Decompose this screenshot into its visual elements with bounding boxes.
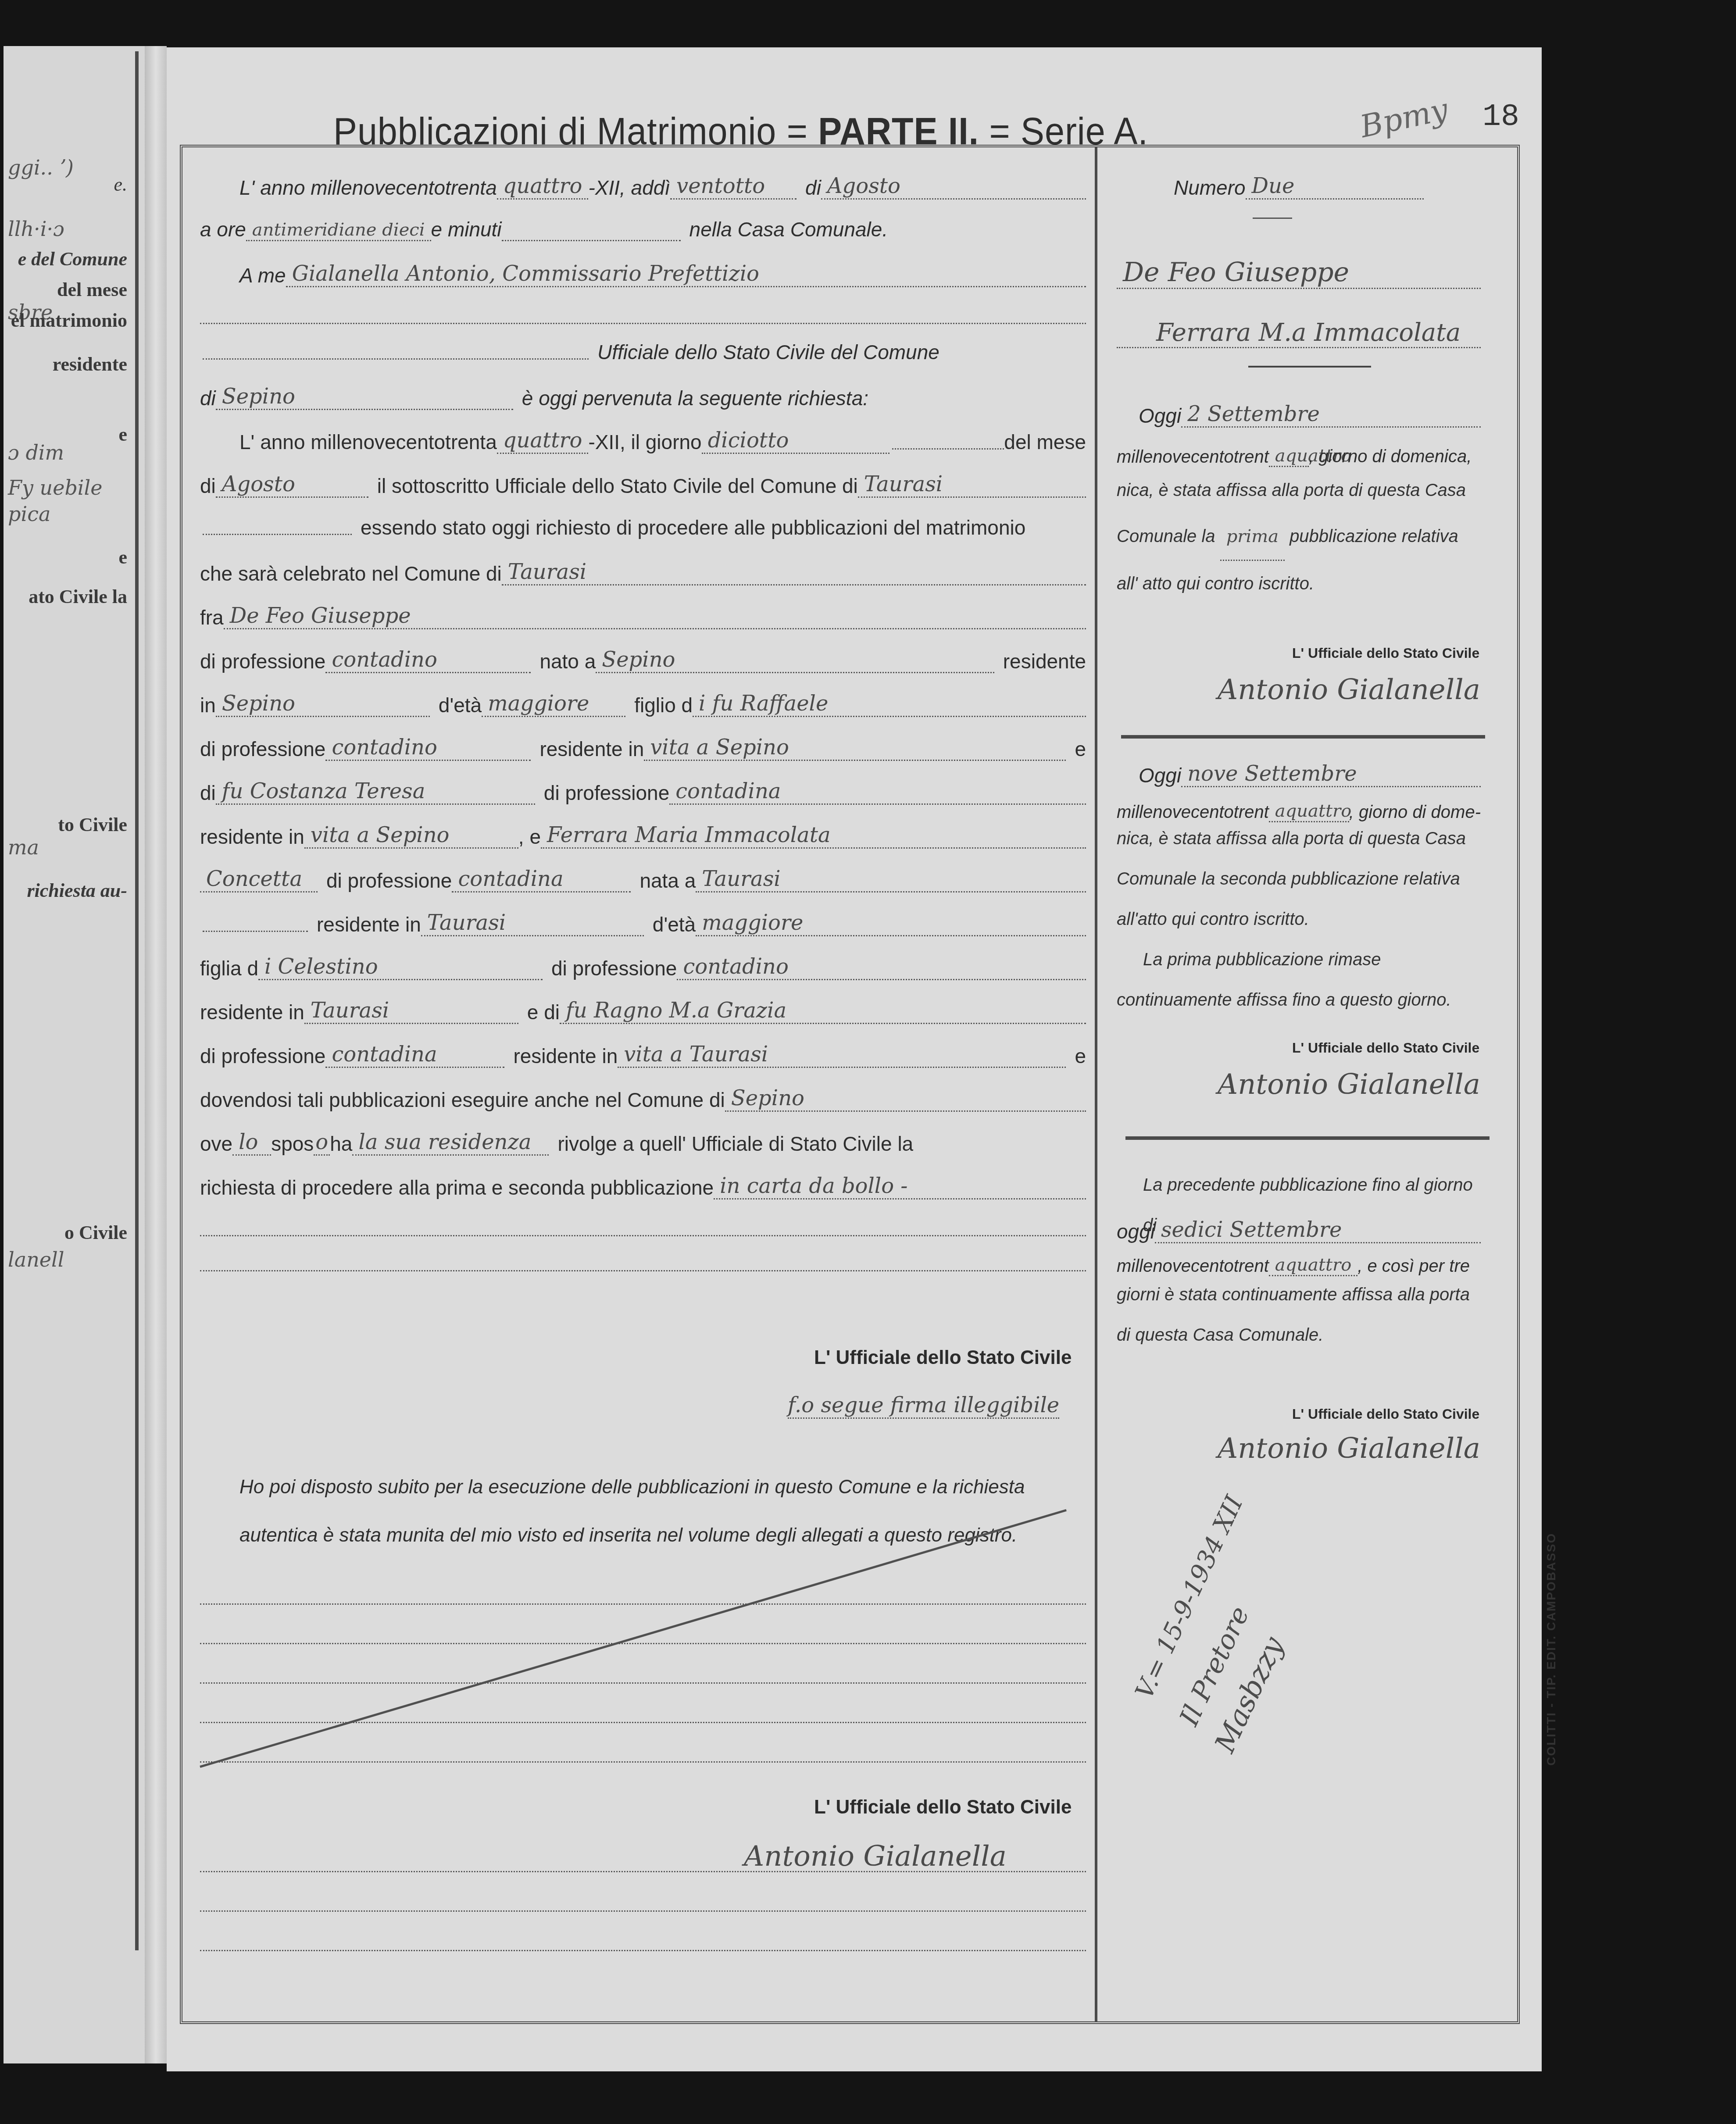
previous-page-border <box>135 51 139 1950</box>
prev-handwriting: ɔ dim <box>8 441 64 464</box>
label: A me <box>239 264 286 287</box>
blank-line <box>200 1722 1086 1723</box>
pub3-date-field: sedici Settembre <box>1155 1217 1481 1243</box>
publication-record-section: Numero Due De Feo Giuseppe Ferrara M.a I… <box>1108 147 1494 2021</box>
margin-signature: Bpmy <box>1357 91 1451 145</box>
label: nato a <box>539 650 596 673</box>
numero-line: Numero Due <box>1174 174 1424 200</box>
pub1-date-field: 2 Settembre <box>1181 402 1481 428</box>
label: rivolge a quell' Ufficiale di Stato Civi… <box>557 1132 913 1156</box>
residence-field: Taurasi <box>421 910 644 936</box>
line-6: L' anno millenovecentotrenta quattro -XI… <box>200 428 1086 454</box>
line-12: in Sepino d'età maggiore figlio d i fu R… <box>200 691 1086 717</box>
day-field: ventotto <box>670 174 797 200</box>
signature-label: L' Ufficiale dello Stato Civile <box>814 1796 1072 1818</box>
line-5: di Sepino è oggi pervenuta la seguente r… <box>200 384 1086 410</box>
signature-label: L' Ufficiale dello Stato Civile <box>1292 645 1479 661</box>
blank-line <box>200 1910 1086 1912</box>
prev-handwriting: ggi.. ʼ) <box>8 156 74 179</box>
prev-fragment: el matrimonio <box>11 309 127 332</box>
prev-fragment: residente <box>53 353 127 375</box>
line-19: residente in Taurasi e di fu Ragno M.a G… <box>200 998 1086 1024</box>
label: nata a <box>639 869 696 892</box>
prev-fragment: e <box>118 423 127 446</box>
father-field: i fu Raffaele <box>693 691 1086 717</box>
minutes-field <box>502 240 681 241</box>
signature: Antonio Gialanella <box>1218 674 1480 706</box>
bride-line: Ferrara M.a Immacolata <box>1117 318 1481 348</box>
label: Oggi <box>1139 764 1181 787</box>
signature: f.o segue firma illeggibile <box>788 1393 1059 1419</box>
label: che sarà celebrato nel Comune di <box>200 562 502 585</box>
comune-field: Taurasi <box>502 560 1086 585</box>
blank-line <box>200 1270 1086 1271</box>
month-field: Agosto <box>216 472 368 498</box>
official-name-field: Gialanella Antonio, Commissario Prefetti… <box>286 261 1086 287</box>
label: e di <box>527 1000 560 1024</box>
pub3-body: giorni è stata continuamente affissa all… <box>1117 1274 1481 1355</box>
pub1-year-field: aquattro <box>1269 446 1309 467</box>
label: di <box>200 781 216 805</box>
pub1-date-line: Oggi 2 Settembre <box>1139 402 1481 428</box>
label: e <box>1075 1044 1086 1068</box>
label: , e <box>518 825 541 849</box>
label: millenovecentotrent <box>1117 447 1269 467</box>
line-16: Concetta di professione contadina nata a… <box>200 867 1086 892</box>
line-15: residente in vita a Sepino , e Ferrara M… <box>200 823 1086 849</box>
label: dovendosi tali pubblicazioni eseguire an… <box>200 1088 725 1112</box>
label: ha <box>330 1132 352 1156</box>
pub2-date-field: nove Settembre <box>1181 761 1481 787</box>
label: nella Casa Comunale. <box>689 218 888 241</box>
bride-name-field: Ferrara Maria Immacolata <box>541 823 1086 849</box>
line-20: di professione contadina residente in vi… <box>200 1042 1086 1068</box>
residence-field: Taurasi <box>304 998 518 1024</box>
line-21: dovendosi tali pubblicazioni eseguire an… <box>200 1086 1086 1112</box>
label: di professione <box>200 1044 325 1068</box>
line-10: fra De Feo Giuseppe <box>200 603 1086 629</box>
line-7: di Agosto il sottoscritto Ufficiale dell… <box>200 472 1086 498</box>
birthplace-field: Taurasi <box>696 867 1086 892</box>
paper-type-field: in carta da bollo - <box>714 1174 1086 1199</box>
section-rule <box>1121 735 1485 739</box>
register-page: Pubblicazioni di Matrimonio = PARTE II. … <box>167 47 1542 2071</box>
pub2-body: nica, è stata affissa alla porta di ques… <box>1117 818 1481 1020</box>
prev-handwriting: pica <box>8 502 50 526</box>
label: L' anno millenovecentotrenta <box>239 176 497 200</box>
line-13: di professione contadino residente in vi… <box>200 735 1086 761</box>
age-field: maggiore <box>482 691 625 717</box>
line-8: essendo stato oggi richiesto di proceder… <box>200 516 1086 539</box>
year-field: quattro <box>497 428 589 454</box>
label: del mese <box>1004 430 1086 454</box>
label: di professione <box>200 737 325 761</box>
previous-page-strip: ggi.. ʼ) e. llh·i·ɔ e del Comune del mes… <box>4 46 145 2063</box>
label: essendo stato oggi richiesto di proceder… <box>361 516 1025 539</box>
prev-fragment: del mese <box>57 278 127 301</box>
pub1-body: nica, è stata affissa alla porta di ques… <box>1117 468 1481 607</box>
label: di <box>200 386 216 410</box>
label: Comunale la <box>1117 527 1215 546</box>
line-17: residente in Taurasi d'età maggiore <box>200 910 1086 936</box>
blank-line <box>200 1235 1086 1236</box>
blank-line <box>200 1761 1086 1763</box>
signature: Antonio Gialanella <box>744 1840 1007 1873</box>
label: è oggi pervenuta la seguente richiesta: <box>522 386 868 410</box>
label: oggi <box>1117 1220 1155 1243</box>
label: residente in <box>513 1044 618 1068</box>
signature-label: L' Ufficiale dello Stato Civile <box>1292 1406 1479 1422</box>
profession-field: contadino <box>677 954 1086 980</box>
month-field: Agosto <box>821 174 1086 200</box>
label: di professione <box>544 781 669 805</box>
label: , il giorno <box>620 430 702 454</box>
profession-field: contadino <box>325 735 531 761</box>
pub3-year-line: millenovecentotrent aquattro , e così pe… <box>1117 1255 1481 1276</box>
residence-field: vita a Sepino <box>644 735 1066 761</box>
label: richiesta di procedere alla prima e seco… <box>200 1176 714 1199</box>
line-4: Ufficiale dello Stato Civile del Comune <box>200 340 1086 364</box>
label: d'età <box>653 913 696 936</box>
short-rule <box>1248 366 1371 368</box>
label: spos <box>271 1132 314 1156</box>
blank-line <box>200 1643 1086 1644</box>
authentication-paragraph: Ho poi disposto subito per la esecuzione… <box>239 1463 1086 1560</box>
form-frame: L' anno millenovecentotrenta quattro -XI… <box>180 145 1520 2024</box>
label: di <box>200 474 216 498</box>
residence-field: vita a Sepino <box>304 823 518 849</box>
mother-field: fu Ragno M.a Grazia <box>560 998 1086 1024</box>
prev-fragment: e <box>118 546 127 568</box>
mother-field: fu Costanza Teresa <box>216 779 535 805</box>
line-3: A me Gialanella Antonio, Commissario Pre… <box>200 261 1086 287</box>
signature: Antonio Gialanella <box>1218 1432 1480 1465</box>
line-11: di professione contadino nato a Sepino r… <box>200 647 1086 673</box>
label: , addì <box>620 176 670 200</box>
pub1-year-line: millenovecentotrent aquattro , giorno di… <box>1117 446 1481 467</box>
groom-line: De Feo Giuseppe <box>1117 257 1481 289</box>
blank-line <box>200 1950 1086 1951</box>
label: residente <box>1003 650 1086 673</box>
label: fra <box>200 606 224 629</box>
residence-field: Sepino <box>216 691 430 717</box>
label: Oggi <box>1139 404 1181 428</box>
era-field: -XII <box>588 430 620 454</box>
label: , giorno di domenica, è stata affissa al… <box>1309 447 1481 467</box>
prev-fragment: e del Comune <box>18 248 127 270</box>
blank-line <box>200 1603 1086 1605</box>
blank-line <box>200 1871 1086 1872</box>
line-9: che sarà celebrato nel Comune di Taurasi <box>200 560 1086 585</box>
prev-fragment: richiesta au- <box>27 879 127 902</box>
pub2-note: La prima pubblicazione rimase continuame… <box>1117 950 1451 1010</box>
signature: Antonio Gialanella <box>1218 1068 1480 1101</box>
blank-line <box>200 1682 1086 1684</box>
era-field: -XII <box>588 176 620 200</box>
profession-field: contadina <box>452 867 631 892</box>
printer-imprint: COLITTI - TIP. EDIT. CAMPOBASSO <box>1544 1533 1558 1766</box>
page-number: 18 <box>1482 100 1519 135</box>
prev-handwriting: ma <box>8 835 39 859</box>
comune-field: Sepino <box>216 384 513 410</box>
label: Ufficiale dello Stato Civile del Comune <box>597 340 939 364</box>
line-14: di fu Costanza Teresa di professione con… <box>200 779 1086 805</box>
pub2-date-line: Oggi nove Settembre <box>1139 761 1481 787</box>
comune-field: Sepino <box>725 1086 1086 1112</box>
bride-name: Ferrara M.a Immacolata <box>1117 318 1481 348</box>
label: e <box>1075 737 1086 761</box>
label: millenovecentotrent <box>1117 1257 1269 1276</box>
father-field: i Celestino <box>258 954 543 980</box>
prev-fragment: to Civile <box>58 814 127 836</box>
signature-label: L' Ufficiale dello Stato Civile <box>1292 1040 1479 1056</box>
birthplace-field: Sepino <box>596 647 994 673</box>
label: d'età <box>439 693 482 717</box>
comune-field: Taurasi <box>858 472 1086 498</box>
profession-field: contadino <box>325 647 531 673</box>
prev-handwriting: lanell <box>8 1248 64 1271</box>
groom-name: De Feo Giuseppe <box>1117 257 1481 289</box>
marriage-request-section: L' anno millenovecentotrenta quattro -XI… <box>200 147 1086 2021</box>
prev-fragment: e. <box>114 173 127 196</box>
prev-handwriting: Fy uebile <box>8 476 102 500</box>
line-22: ove lo spos o ha la sua residenza rivolg… <box>200 1130 1086 1156</box>
profession-field: contadina <box>669 779 1086 805</box>
label: ove <box>200 1132 232 1156</box>
prev-fragment: ato Civile la <box>29 585 127 608</box>
label: figlio d <box>634 693 693 717</box>
label: a ore <box>200 218 246 241</box>
blank-line <box>200 323 1086 324</box>
column-divider <box>1095 147 1097 2021</box>
label: e minuti <box>431 218 502 241</box>
age-field: maggiore <box>696 910 1086 936</box>
label: residente in <box>200 1000 304 1024</box>
year-field: quattro <box>497 174 589 200</box>
hours-field: antimeridiane dieci <box>246 220 431 241</box>
section-rule <box>1125 1136 1490 1140</box>
label: in <box>200 693 216 717</box>
label: residente in <box>200 825 304 849</box>
prev-handwriting: llh·i·ɔ <box>8 217 64 241</box>
groom-name-field: De Feo Giuseppe <box>224 603 1086 629</box>
numero-label: Numero <box>1174 176 1246 200</box>
pub3-date-line: oggi sedici Settembre <box>1117 1217 1481 1243</box>
label: di professione <box>200 650 325 673</box>
label: residente in <box>317 913 421 936</box>
numero-field: Due <box>1246 174 1424 200</box>
pub3-year-field: aquattro <box>1269 1255 1357 1276</box>
prev-fragment: o Civile <box>64 1221 127 1244</box>
label: il sottoscritto Ufficiale dello Stato Ci… <box>377 474 858 498</box>
day-field: diciotto <box>702 428 889 454</box>
profession-field: contadina <box>325 1042 504 1068</box>
label: di professione <box>326 869 452 892</box>
label: figlia d <box>200 957 258 980</box>
bride-name-cont-field: Concetta <box>200 867 318 892</box>
label: L' anno millenovecentotrenta <box>239 430 497 454</box>
line-1: L' anno millenovecentotrenta quattro -XI… <box>200 174 1086 200</box>
article-field: lo <box>232 1130 271 1156</box>
label: residente in <box>539 737 644 761</box>
book-gutter <box>145 46 167 2063</box>
ornament-divider <box>1253 218 1292 219</box>
line-2: a ore antimeridiane dieci e minuti nella… <box>200 218 1086 241</box>
suffix-field: o <box>314 1130 330 1156</box>
label: di <box>805 176 821 200</box>
residence-field: vita a Taurasi <box>618 1042 1066 1068</box>
line-23: richiesta di procedere alla prima e seco… <box>200 1174 1086 1199</box>
residence-field: la sua residenza <box>352 1130 549 1156</box>
visto-date-note: V.= 15-9-1934 XII <box>1130 1492 1249 1703</box>
signature-label: L' Ufficiale dello Stato Civile <box>814 1347 1072 1369</box>
pub1-ordinal-field: prima <box>1220 514 1285 561</box>
label: di professione <box>551 957 677 980</box>
line-18: figlia d i Celestino di professione cont… <box>200 954 1086 980</box>
